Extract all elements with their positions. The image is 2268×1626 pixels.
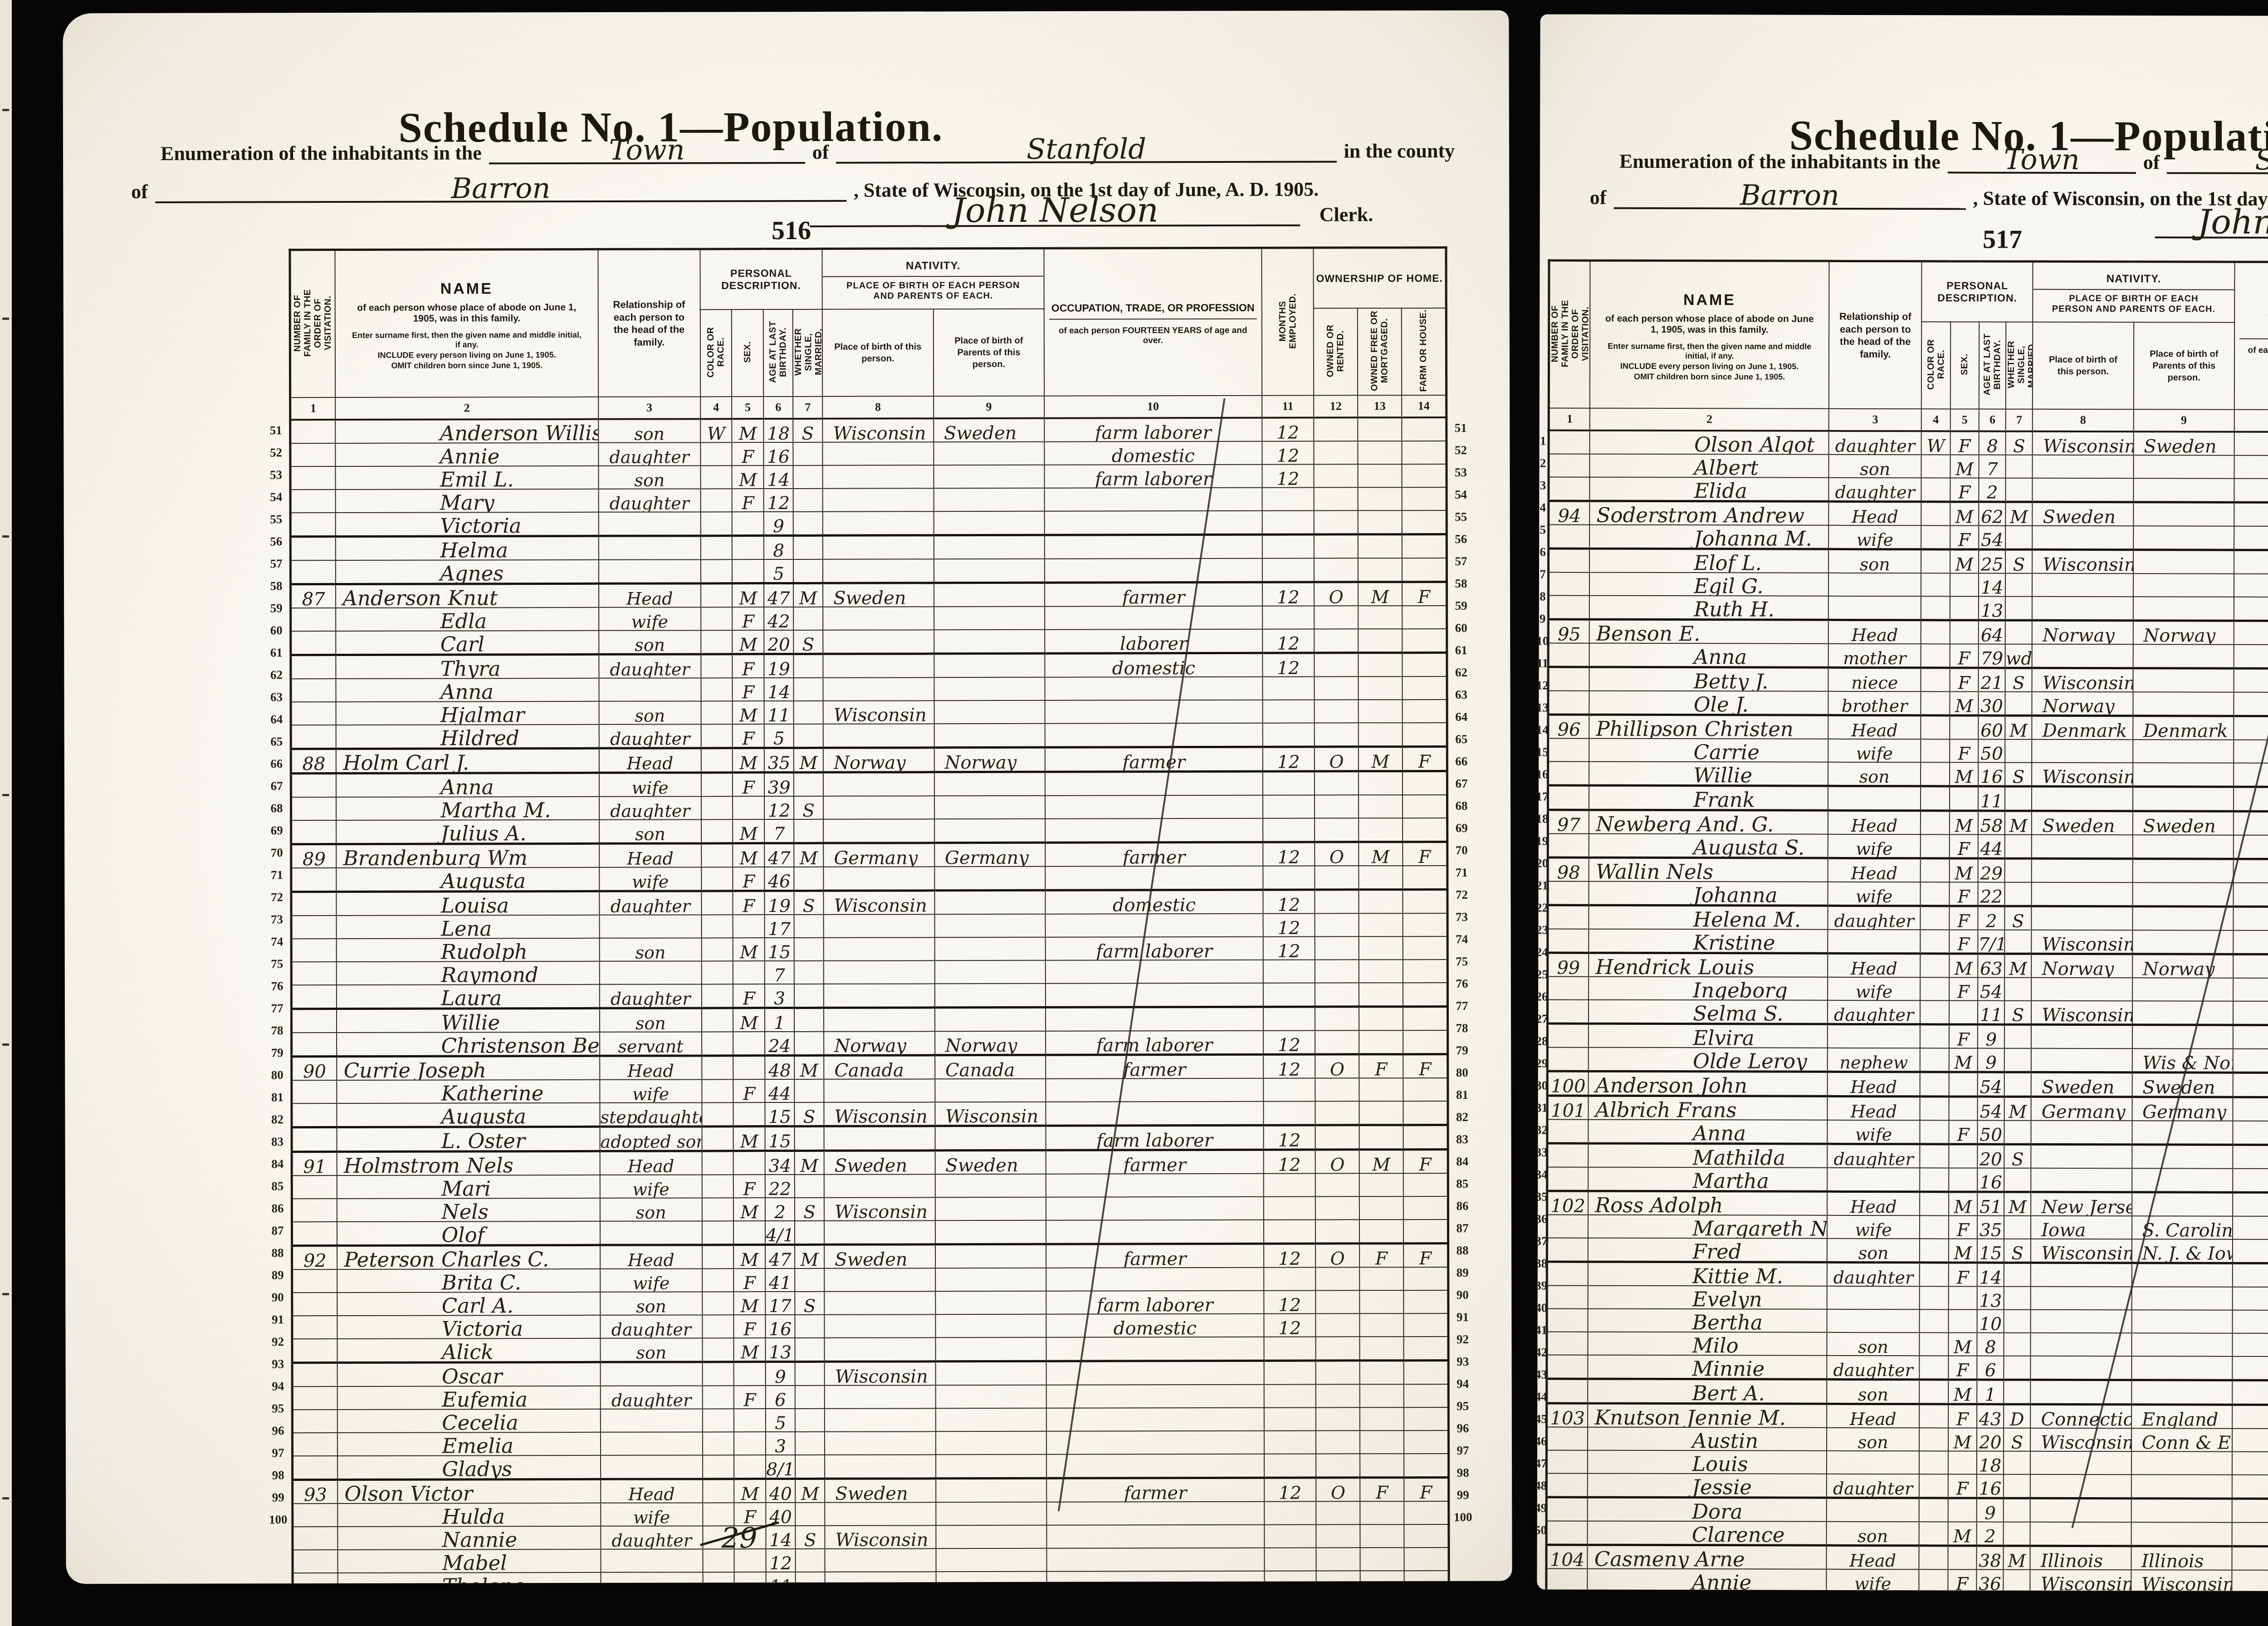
handwritten-entry: daughter: [1834, 1005, 1914, 1024]
cell-family: 104: [1546, 1545, 1588, 1569]
handwritten-entry: M: [1955, 863, 1973, 882]
person-row: Agnes5: [290, 558, 1447, 584]
cell-relationship: daughter: [601, 1386, 703, 1409]
line-number: 77: [266, 997, 288, 1019]
handwritten-entry: Germany: [2142, 1102, 2226, 1121]
cell-mortgaged: M: [1359, 1150, 1403, 1174]
cell-pobp: Norway: [2133, 621, 2234, 645]
person-row: JohannawifeF22: [1548, 882, 2268, 907]
person-row: Olde LeroynephewM9Wis & Norway: [1547, 1048, 2268, 1073]
cell-color: [1919, 1522, 1948, 1546]
cell-pob: Wisconsin: [2032, 763, 2132, 787]
handwritten-entry: farmer: [1122, 752, 1185, 772]
handwritten-entry: Clarence: [1594, 1525, 1785, 1544]
cell-family: [291, 892, 337, 916]
cell-marital: [793, 442, 823, 465]
cell-name: Ole J.: [1589, 691, 1828, 715]
handwritten-entry: 97: [1557, 815, 1580, 834]
cell-pob: [2032, 906, 2132, 930]
line-number: 63: [265, 686, 287, 708]
cell-months: [1264, 1525, 1316, 1548]
clerk-label: Clerk.: [1320, 203, 1374, 226]
cell-months: [1263, 818, 1315, 842]
handwritten-entry: 12: [1278, 1131, 1301, 1150]
cell-relationship: wife: [1828, 834, 1921, 858]
cell-occupation: farmer: [2234, 502, 2268, 526]
handwritten-entry: Sweden: [944, 423, 1017, 442]
handwritten-entry: wife: [632, 1180, 669, 1198]
cell-occupation: domestic: [1046, 890, 1263, 914]
handwritten-entry: Nannie: [345, 1531, 517, 1549]
handwritten-entry: Wisconsin: [2043, 436, 2133, 455]
cell-pobp: [934, 796, 1046, 819]
line-number: 81: [266, 1086, 288, 1108]
cell-family: [1547, 1238, 1588, 1262]
handwritten-entry: Currie Joseph: [344, 1058, 487, 1080]
cell-farmhouse: [1403, 723, 1447, 747]
cell-relationship: wife: [1828, 882, 1921, 906]
cell-family: 102: [1547, 1191, 1589, 1215]
handwritten-entry: F: [742, 447, 754, 465]
person-row: Dora9: [1546, 1497, 2268, 1523]
cell-sex: M: [733, 1198, 765, 1221]
cell-pob: [823, 654, 934, 678]
handwritten-entry: son: [634, 424, 665, 443]
cell-name: Lena: [337, 915, 600, 939]
handwritten-entry: Head: [1851, 1077, 1897, 1097]
handwritten-entry: domestic: [1112, 446, 1195, 465]
cell-color: [702, 1008, 733, 1032]
cell-relationship: daughter: [1827, 1356, 1919, 1380]
cell-relationship: daughter: [1828, 1000, 1920, 1024]
cell-marital: M: [2004, 1192, 2031, 1216]
cell-marital: [793, 654, 823, 678]
handwritten-entry: M: [1372, 847, 1390, 866]
handwritten-entry: Norway: [834, 1035, 906, 1055]
cell-age: 10: [1977, 1310, 2004, 1333]
line-number: 1: [1537, 430, 1554, 452]
cell-color: [1920, 1024, 1949, 1048]
cell-marital: [2005, 597, 2032, 621]
cell-occupation: [2234, 645, 2268, 669]
cell-occupation: domestic: [2233, 1145, 2268, 1169]
cell-farmhouse: F: [1403, 1054, 1448, 1078]
handwritten-entry: Lena: [343, 920, 492, 938]
cell-color: [1919, 1451, 1948, 1474]
cell-pobp: [2131, 1474, 2232, 1499]
line-number: 76: [266, 975, 288, 997]
cell-family: 88: [291, 749, 336, 774]
cell-color: [701, 748, 733, 773]
cell-pob: [824, 1008, 935, 1032]
cell-relationship: daughter: [600, 1315, 702, 1338]
col-sex: Sex.: [732, 309, 763, 397]
handwritten-entry: Raymond: [343, 966, 538, 984]
cell-family: [1547, 1167, 1589, 1191]
handwritten-entry: 2: [774, 1202, 786, 1221]
cell-name: Ross Adolph: [1588, 1191, 1827, 1215]
cell-relationship: [601, 1572, 703, 1584]
person-row: AnnawifeF39: [291, 771, 1447, 797]
cell-sex: [733, 796, 764, 819]
handwritten-entry: 22: [1980, 886, 2003, 906]
cell-name: Elof L.: [1589, 549, 1828, 573]
census-table-right: Number of family in the order of visitat…: [1545, 260, 2268, 1592]
cell-family: 99: [1548, 953, 1589, 977]
cell-age: 15: [765, 1126, 795, 1151]
cell-name: Kristine: [1589, 929, 1828, 954]
cell-months: [1264, 1454, 1316, 1478]
person-row: Bertha10: [1547, 1309, 2268, 1334]
person-row: EufemiadaughterF6: [292, 1384, 1448, 1410]
col-name: NAME of each person whose place of abode…: [1590, 260, 1829, 409]
cell-marital: M: [794, 748, 823, 772]
person-row: 104Casmeny ArneHead38MIllinoisIllinoisfa…: [1546, 1545, 2268, 1571]
handwritten-entry: 64: [1981, 625, 2004, 644]
cell-pob: [2031, 1263, 2131, 1287]
cell-owned: [1315, 700, 1359, 723]
line-number: 60: [265, 619, 287, 642]
line-number: 71: [266, 864, 288, 886]
handwritten-entry: farmer: [1124, 1483, 1187, 1502]
line-number: 53: [1450, 461, 1471, 484]
person-row: Olson AlgotdaughterWF8SWisconsinSweden: [1549, 431, 2268, 456]
cell-owned: [1315, 795, 1359, 818]
cell-pobp: [935, 1314, 1046, 1338]
cell-owned: [1316, 1548, 1360, 1571]
cell-age: 16: [1978, 763, 2005, 787]
cell-mortgaged: [1358, 510, 1402, 534]
handwritten-entry: S: [2013, 555, 2025, 573]
cell-sex: [1948, 1498, 1977, 1522]
cell-sex: F: [733, 1175, 765, 1198]
line-number: 65: [266, 730, 288, 753]
cell-name: Mari: [337, 1175, 600, 1199]
handwritten-entry: 63: [1980, 959, 2003, 977]
cell-pob: Wisconsin: [823, 700, 934, 724]
cell-pobp: [2133, 573, 2234, 597]
handwritten-entry: M: [799, 753, 817, 773]
handwritten-entry: 22: [769, 1179, 792, 1198]
cell-relationship: wife: [599, 607, 701, 630]
handwritten-entry: 12: [1278, 941, 1300, 960]
cell-family: [1548, 929, 1589, 953]
line-number: 59: [265, 597, 287, 619]
cell-name: Carrie: [1589, 739, 1828, 762]
cell-sex: [733, 1102, 765, 1126]
person-row: 87Anderson KnutHeadM47MSwedenfarmer12OMF: [291, 582, 1447, 608]
person-row: WilliesonM16SWisconsinfarm laborer12: [1548, 762, 2268, 788]
cell-sex: F: [734, 1315, 766, 1338]
cell-pobp: [936, 1502, 1047, 1526]
line-number: 94: [1452, 1373, 1474, 1395]
cell-color: [703, 1479, 734, 1503]
handwritten-entry: 17: [768, 919, 791, 938]
cell-color: [702, 1292, 734, 1315]
handwritten-entry: Annie: [342, 447, 500, 466]
handwritten-entry: F: [1957, 1220, 1969, 1239]
of-label: of: [812, 140, 829, 163]
handwritten-entry: Ross Adolph: [1595, 1193, 1723, 1215]
cell-pob: [825, 1408, 936, 1432]
cell-relationship: [599, 536, 701, 560]
cell-pob: [824, 1126, 935, 1151]
cell-pob: [824, 960, 935, 984]
handwritten-entry: M: [741, 1296, 759, 1315]
handwritten-entry: Norway: [834, 752, 906, 772]
person-row: Helena M.daughterF2S: [1548, 905, 2268, 931]
cell-marital: S: [796, 1526, 825, 1549]
cell-relationship: daughter: [1827, 1474, 1919, 1498]
cell-name: Willie: [337, 1008, 600, 1033]
cell-pob: [2031, 1168, 2131, 1192]
cell-months: 12: [1264, 1291, 1316, 1314]
cell-pobp: Conn & England: [2131, 1428, 2232, 1451]
col-marital: Whether single, married, widowed, or div…: [2006, 322, 2033, 409]
handwritten-entry: 17: [769, 1296, 792, 1315]
handwritten-entry: S: [2011, 1244, 2024, 1263]
cell-color: [701, 724, 733, 748]
cell-sex: M: [734, 1338, 766, 1362]
line-number: 30: [1537, 1074, 1552, 1097]
clerk-line: John Nelson Clerk.: [2148, 208, 2268, 239]
handwritten-entry: M: [739, 424, 757, 442]
cell-pobp: [934, 653, 1045, 677]
line-number: 91: [1452, 1306, 1473, 1328]
cell-name: Johanna: [1589, 882, 1828, 906]
cell-pobp: [2131, 1310, 2232, 1333]
cell-age: 15: [1977, 1239, 2004, 1263]
cell-family: [292, 1363, 337, 1387]
cell-name: Wallin Nels: [1589, 857, 1828, 882]
cell-relationship: Head: [601, 1479, 703, 1503]
cell-age: 19: [765, 891, 794, 915]
cell-marital: M: [793, 583, 823, 607]
cell-age: 20: [764, 630, 793, 654]
line-number: 70: [266, 842, 288, 864]
cell-sex: [1950, 715, 1979, 740]
cell-pob: Wisconsin: [2032, 930, 2132, 954]
cell-relationship: son: [600, 1008, 702, 1032]
cell-pob: [825, 1455, 936, 1479]
handwritten-entry: S: [2011, 1433, 2023, 1451]
handwritten-entry: 16: [769, 1319, 792, 1338]
handwritten-entry: M: [800, 1156, 818, 1175]
cell-months: [1262, 488, 1314, 511]
line-number: 98: [1452, 1462, 1474, 1484]
line-number: 82: [1451, 1106, 1473, 1128]
handwritten-entry: S. Carolina: [2142, 1220, 2233, 1239]
handwritten-entry: Austin: [1594, 1431, 1758, 1450]
cell-name: Thyra: [336, 654, 599, 679]
cell-sex: F: [732, 442, 764, 465]
cell-name: Albert: [1590, 454, 1829, 478]
handwritten-entry: 51: [1980, 1197, 2002, 1215]
cell-name: Agnes: [336, 560, 599, 584]
cell-age: 3: [766, 1432, 795, 1455]
handwritten-entry: Louis: [1594, 1455, 1748, 1473]
cell-name: Fred: [1588, 1238, 1827, 1263]
cell-name: Casmeny Arne: [1588, 1545, 1827, 1569]
person-row: AnnawifeF50: [1547, 1120, 2268, 1146]
handwritten-entry: 8: [1987, 436, 1998, 455]
cell-occupation: farm laborer: [1044, 418, 1262, 442]
cell-owned: [1315, 1267, 1359, 1290]
cell-marital: [2004, 1333, 2031, 1356]
line-number: 71: [1451, 862, 1472, 884]
line-number: 56: [265, 530, 287, 553]
handwritten-entry: 12: [1278, 1249, 1301, 1268]
handwritten-entry: Head: [627, 849, 674, 867]
handwritten-entry: Anna: [1595, 1124, 1746, 1142]
handwritten-entry: M: [2009, 721, 2028, 740]
line-number: 41: [1537, 1319, 1552, 1341]
handwritten-entry: wife: [633, 1273, 670, 1292]
cell-pob: [825, 1548, 936, 1572]
cell-farmhouse: F: [1403, 1243, 1448, 1267]
line-number: 100: [1452, 1506, 1474, 1528]
cell-sex: [1950, 573, 1979, 596]
cell-marital: S: [2004, 1239, 2031, 1263]
cell-farmhouse: [1402, 510, 1447, 534]
cell-occupation: [1045, 606, 1262, 630]
cell-color: [1920, 1120, 1949, 1144]
cell-color: [700, 512, 732, 536]
cell-name: L. Oster: [337, 1126, 600, 1151]
cell-family: [292, 1339, 337, 1363]
cell-sex: M: [733, 1126, 765, 1151]
cell-relationship: Head: [1828, 715, 1921, 739]
cell-age: 62: [1979, 502, 2005, 526]
cell-pobp: [934, 535, 1045, 559]
cell-sex: [733, 1032, 765, 1056]
cell-age: 43: [1977, 1404, 2004, 1428]
handwritten-entry: M: [1954, 1337, 1972, 1356]
line-number: 18: [1537, 808, 1553, 830]
handwritten-entry: Dora: [1594, 1502, 1743, 1521]
handwritten-entry: Egil G.: [1596, 577, 1763, 595]
handwritten-entry: wife: [633, 1508, 670, 1526]
line-number: 38: [1537, 1252, 1552, 1274]
line-number: 32: [1537, 1119, 1552, 1141]
handwritten-entry: farmer: [1124, 1249, 1187, 1268]
cell-occupation: [2234, 597, 2268, 621]
cell-pobp: [2133, 763, 2234, 787]
line-number: 69: [1451, 817, 1472, 839]
cell-name: Edla: [336, 607, 599, 631]
handwritten-entry: nephew: [1840, 1053, 1908, 1072]
cell-color: [1920, 1239, 1949, 1263]
handwritten-entry: 58: [1980, 816, 2003, 834]
person-row: KatherinewifeF44: [292, 1078, 1448, 1103]
cell-mortgaged: [1358, 653, 1402, 677]
cell-color: [1921, 762, 1950, 786]
line-number: 25: [1537, 963, 1553, 985]
cell-pob: [2032, 573, 2133, 597]
cell-name: Elvira: [1589, 1024, 1828, 1048]
cell-pob: [2033, 478, 2133, 502]
cell-sex: M: [733, 1245, 765, 1269]
cell-occupation: [1046, 1408, 1264, 1431]
cell-relationship: Head: [600, 1151, 702, 1175]
line-number: 85: [267, 1175, 288, 1197]
cell-family: [291, 631, 336, 655]
cell-pobp: [934, 914, 1046, 938]
cell-pob: [823, 677, 934, 701]
cell-family: [290, 513, 336, 537]
line-number: 5: [1537, 519, 1554, 541]
handwritten-entry: 12: [767, 493, 790, 512]
cell-owned: [1315, 1125, 1359, 1150]
handwritten-entry: S: [802, 801, 815, 819]
handwritten-entry: Kristine: [1596, 933, 1775, 952]
line-number: 62: [265, 664, 287, 686]
cell-owned: [1314, 629, 1358, 653]
line-number: 6: [1537, 541, 1554, 563]
cell-owned: [1314, 510, 1358, 534]
cell-owned: O: [1315, 1054, 1359, 1078]
cell-pobp: [934, 937, 1046, 961]
cell-marital: [795, 1432, 825, 1455]
census-rows: Olson AlgotdaughterWF8SWisconsinSwedenAl…: [1546, 431, 2268, 1592]
cell-marital: [2005, 786, 2032, 811]
handwritten-entry: Wisconsin: [835, 1529, 928, 1548]
cell-age: 9: [764, 512, 793, 536]
cell-occupation: [1045, 723, 1263, 748]
handwritten-entry: 43: [1979, 1409, 2002, 1428]
cell-relationship: son: [598, 419, 700, 442]
handwritten-entry: Eufemia: [344, 1391, 528, 1409]
cell-family: [291, 725, 336, 749]
cell-sex: F: [1948, 1569, 1977, 1592]
handwritten-entry: 25: [1981, 554, 2004, 573]
cell-family: 97: [1548, 810, 1589, 834]
line-number: 72: [1451, 884, 1472, 906]
cell-pobp: [935, 1268, 1046, 1292]
cell-occupation: [1046, 1385, 1264, 1408]
cell-sex: F: [733, 678, 764, 701]
handwritten-entry: 24: [768, 1036, 791, 1056]
handwritten-entry: Carl: [343, 635, 484, 654]
cell-occupation: Cook: [2233, 1192, 2268, 1216]
col-owned-rented: Owned or rented.: [1314, 308, 1358, 395]
person-row: L. Osteradopted sonM15farm laborer12: [292, 1125, 1448, 1151]
line-number: 44: [1537, 1386, 1552, 1408]
handwritten-entry: Victoria: [344, 1320, 523, 1338]
col-relationship: Relationship of each person to the head …: [1829, 261, 1922, 409]
cell-pob: [824, 1268, 935, 1292]
cell-months: 12: [1264, 1244, 1316, 1268]
handwritten-entry: daughter: [610, 801, 690, 819]
handwritten-entry: son: [1860, 459, 1890, 478]
person-row: Augusta S.wifeF44: [1548, 834, 2268, 860]
enumeration-line-1: Enumeration of the inhabitants in the To…: [1619, 147, 2268, 175]
cell-relationship: nephew: [1828, 1048, 1920, 1072]
cell-age: 50: [1978, 1121, 2004, 1145]
cell-occupation: [1047, 1525, 1265, 1548]
handwritten-entry: Norway: [2042, 959, 2114, 978]
enumeration-line-2: of Barron , State of Wisconsin, on the 1…: [1590, 183, 2268, 211]
handwritten-entry: Wisconsin: [945, 1106, 1038, 1126]
cell-months: 12: [1262, 418, 1314, 441]
person-row: ClarencesonM2: [1546, 1521, 2268, 1547]
cell-farmhouse: [1403, 1101, 1448, 1125]
handwritten-entry: M: [739, 470, 757, 489]
cell-color: [702, 1198, 733, 1221]
handwritten-entry: 6: [775, 1390, 786, 1409]
cell-marital: [2004, 1356, 2031, 1380]
cell-months: [1263, 983, 1315, 1007]
